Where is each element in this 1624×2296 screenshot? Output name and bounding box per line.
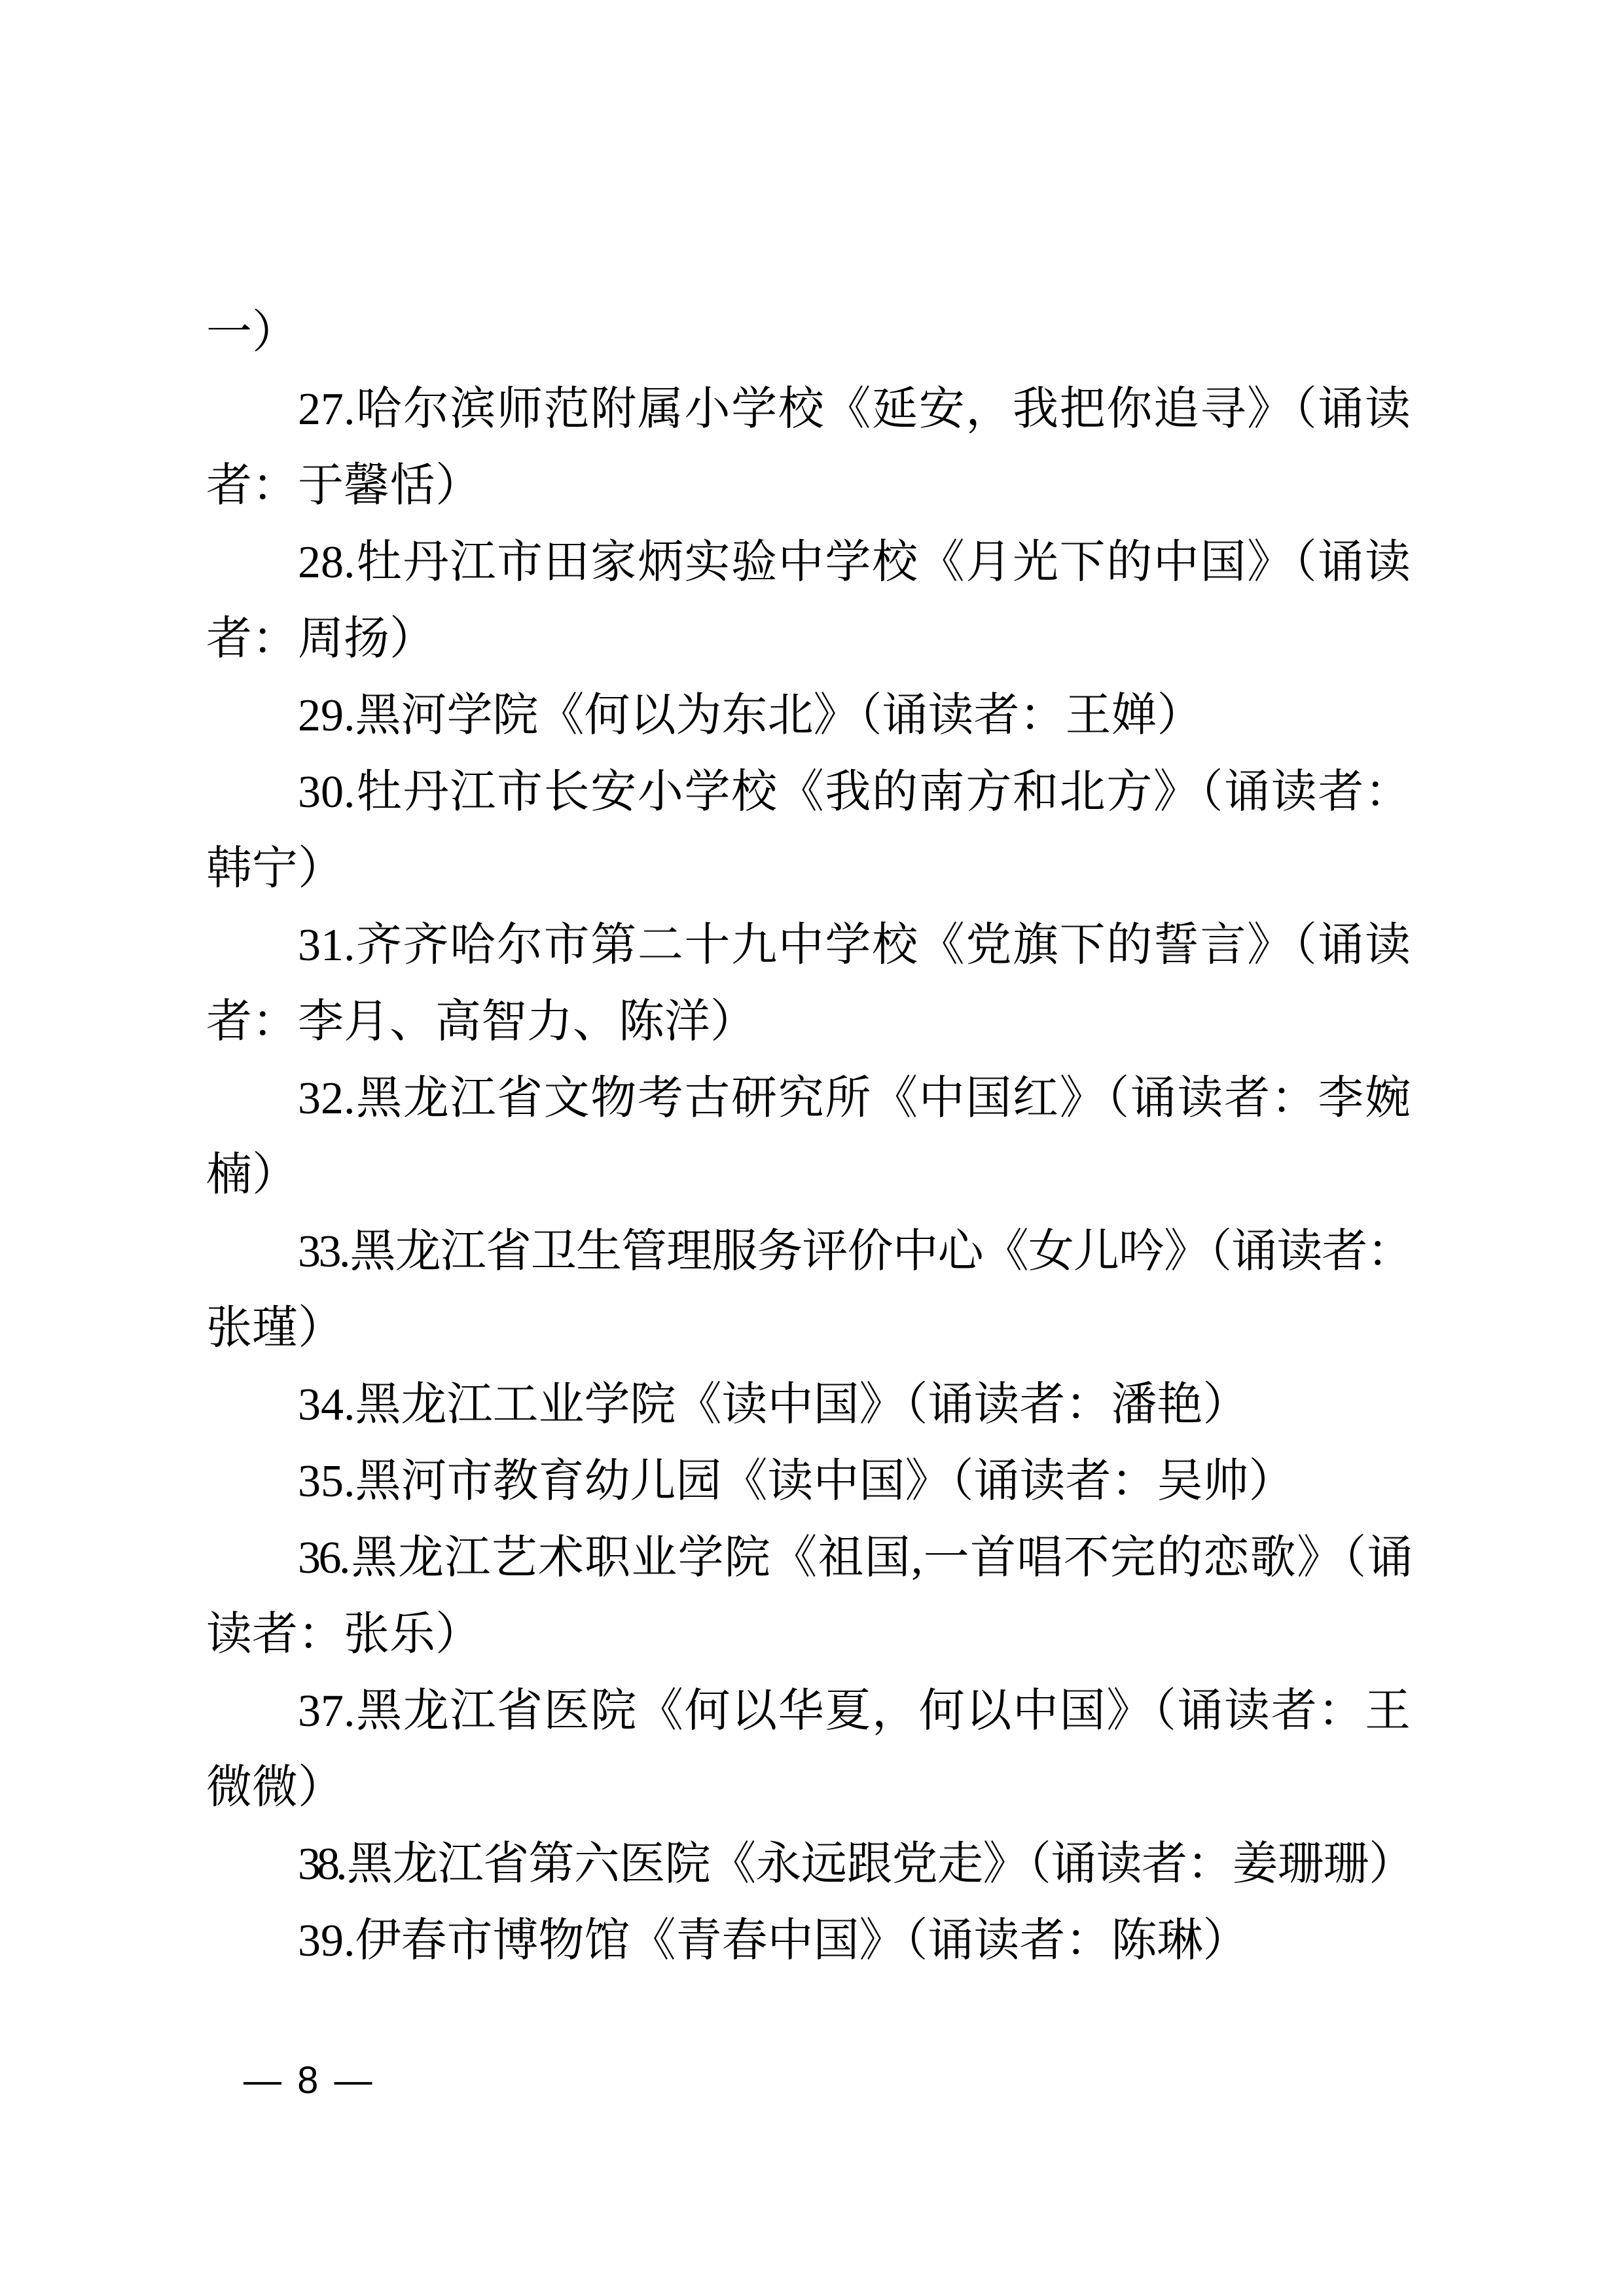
text-line: 读者：张乐） (206, 1596, 1411, 1673)
text-line: 者：李月、高智力、陈洋） (206, 984, 1411, 1060)
text-line: 36.黑龙江艺术职业学院《祖国,一首唱不完的恋歌》（诵 (206, 1520, 1411, 1596)
page-number: — 8 — (244, 2059, 375, 2102)
text-line: 33.黑龙江省卫生管理服务评价中心《女儿吟》（诵读者： (206, 1213, 1411, 1290)
text-line: 34.黑龙江工业学院《读中国》（诵读者：潘艳） (206, 1367, 1411, 1443)
text-line: 39.伊春市博物馆《青春中国》（诵读者：陈琳） (206, 1903, 1411, 1979)
document-page: 一）27.哈尔滨师范附属小学校《延安，我把你追寻》（诵读者：于馨恬）28.牡丹江… (0, 0, 1624, 2296)
text-line: 37.黑龙江省医院《何以华夏，何以中国》（诵读者：王 (206, 1673, 1411, 1749)
text-line: 一） (206, 295, 1411, 371)
text-line: 张瑾） (206, 1290, 1411, 1367)
text-line: 28.牡丹江市田家炳实验中学校《月光下的中国》（诵读 (206, 524, 1411, 601)
text-line: 者：于馨恬） (206, 448, 1411, 524)
text-line: 30.牡丹江市长安小学校《我的南方和北方》（诵读者： (206, 754, 1411, 831)
text-line: 38.黑龙江省第六医院《永远跟党走》（诵读者：姜珊珊） (206, 1826, 1411, 1903)
text-line: 32.黑龙江省文物考古研究所《中国红》（诵读者：李婉 (206, 1060, 1411, 1137)
text-line: 35.黑河市教育幼儿园《读中国》（诵读者：吴帅） (206, 1443, 1411, 1520)
document-body: 一）27.哈尔滨师范附属小学校《延安，我把你追寻》（诵读者：于馨恬）28.牡丹江… (206, 295, 1411, 1979)
text-line: 者：周扬） (206, 601, 1411, 677)
text-line: 29.黑河学院《何以为东北》（诵读者：王婵） (206, 677, 1411, 754)
text-line: 楠） (206, 1137, 1411, 1213)
text-line: 27.哈尔滨师范附属小学校《延安，我把你追寻》（诵读 (206, 371, 1411, 448)
text-line: 韩宁） (206, 831, 1411, 907)
text-line: 31.齐齐哈尔市第二十九中学校《党旗下的誓言》（诵读 (206, 907, 1411, 984)
text-line: 微微） (206, 1749, 1411, 1826)
